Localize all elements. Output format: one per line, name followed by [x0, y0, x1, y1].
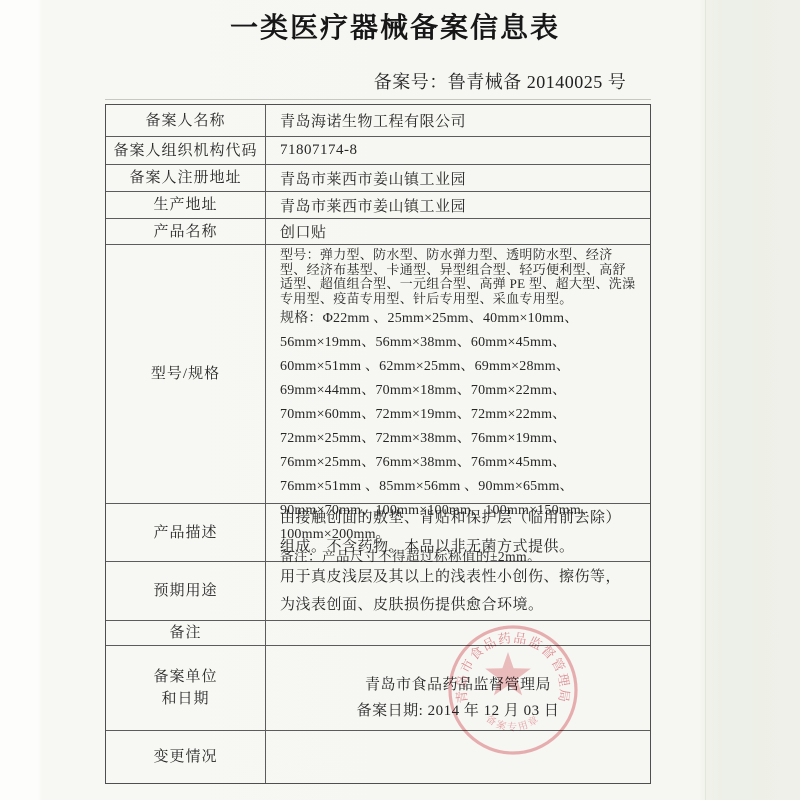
table-row-registered-address: 备案人注册地址 青岛市莱西市姜山镇工业园	[106, 164, 650, 191]
row-label: 型号/规格	[106, 245, 266, 503]
filing-date: 备案日期: 2014 年 12 月 03 日	[280, 698, 636, 724]
model-types-text: 型号：弹力型、防水型、防水弹力型、透明防水型、经济型、经济布基型、卡通型、异型组…	[280, 248, 636, 306]
table-row-filing-authority-date: 备案单位 和日期 青岛市食品药品监督管理局 备案日期: 2014 年 12 月 …	[106, 645, 650, 730]
row-label-line1: 备案单位	[153, 666, 217, 688]
row-value: 由接触创面的敷垫、背贴和保护层（临用前去除）组成。不含药物。本品以非无菌方式提供…	[266, 504, 650, 561]
row-value: 创口贴	[266, 219, 650, 244]
row-label: 预期用途	[106, 562, 266, 620]
document-title: 一类医疗器械备案信息表	[0, 6, 790, 46]
row-label: 生产地址	[106, 192, 266, 218]
row-label: 备案人注册地址	[106, 165, 266, 191]
row-value: 青岛市莱西市姜山镇工业园	[266, 192, 650, 218]
row-label-line2: 和日期	[161, 688, 209, 710]
scan-artifact-line	[105, 99, 651, 100]
table-row-intended-use: 预期用途 用于真皮浅层及其以上的浅表性小创伤、擦伤等，为浅表创面、皮肤损伤提供愈…	[106, 561, 650, 620]
row-label: 备案人组织机构代码	[106, 137, 266, 164]
row-label: 备注	[106, 621, 266, 645]
row-value: 青岛市食品药品监督管理局 备案日期: 2014 年 12 月 03 日	[266, 646, 650, 730]
row-value	[266, 731, 650, 783]
row-label: 产品描述	[106, 504, 266, 561]
page-edge-crease	[705, 0, 706, 800]
table-row-model-spec: 型号/规格 型号：弹力型、防水型、防水弹力型、透明防水型、经济型、经济布基型、卡…	[106, 244, 650, 503]
row-value: 青岛海诺生物工程有限公司	[266, 105, 650, 136]
row-value	[266, 621, 650, 645]
row-label: 产品名称	[106, 219, 266, 244]
row-value: 71807174-8	[266, 137, 650, 164]
row-value: 用于真皮浅层及其以上的浅表性小创伤、擦伤等，为浅表创面、皮肤损伤提供愈合环境。	[266, 562, 650, 620]
table-row-product-name: 产品名称 创口贴	[106, 218, 650, 244]
filing-authority: 青岛市食品药品监督管理局	[280, 672, 636, 698]
row-label: 备案单位 和日期	[106, 646, 266, 730]
table-row-org-code: 备案人组织机构代码 71807174-8	[106, 136, 650, 164]
table-row-production-address: 生产地址 青岛市莱西市姜山镇工业园	[106, 191, 650, 218]
registration-info-table: 备案人名称 青岛海诺生物工程有限公司 备案人组织机构代码 71807174-8 …	[105, 104, 651, 784]
row-value: 青岛市莱西市姜山镇工业园	[266, 165, 650, 191]
row-value: 型号：弹力型、防水型、防水弹力型、透明防水型、经济型、经济布基型、卡通型、异型组…	[266, 245, 650, 503]
record-number: 备案号：鲁青械备 20140025 号	[340, 68, 660, 94]
table-row-change-status: 变更情况	[106, 730, 650, 783]
table-row-filer-name: 备案人名称 青岛海诺生物工程有限公司	[106, 105, 650, 136]
row-label: 变更情况	[106, 731, 266, 783]
table-row-remarks: 备注	[106, 620, 650, 645]
row-label: 备案人名称	[106, 105, 266, 136]
table-row-product-description: 产品描述 由接触创面的敷垫、背贴和保护层（临用前去除）组成。不含药物。本品以非无…	[106, 503, 650, 561]
